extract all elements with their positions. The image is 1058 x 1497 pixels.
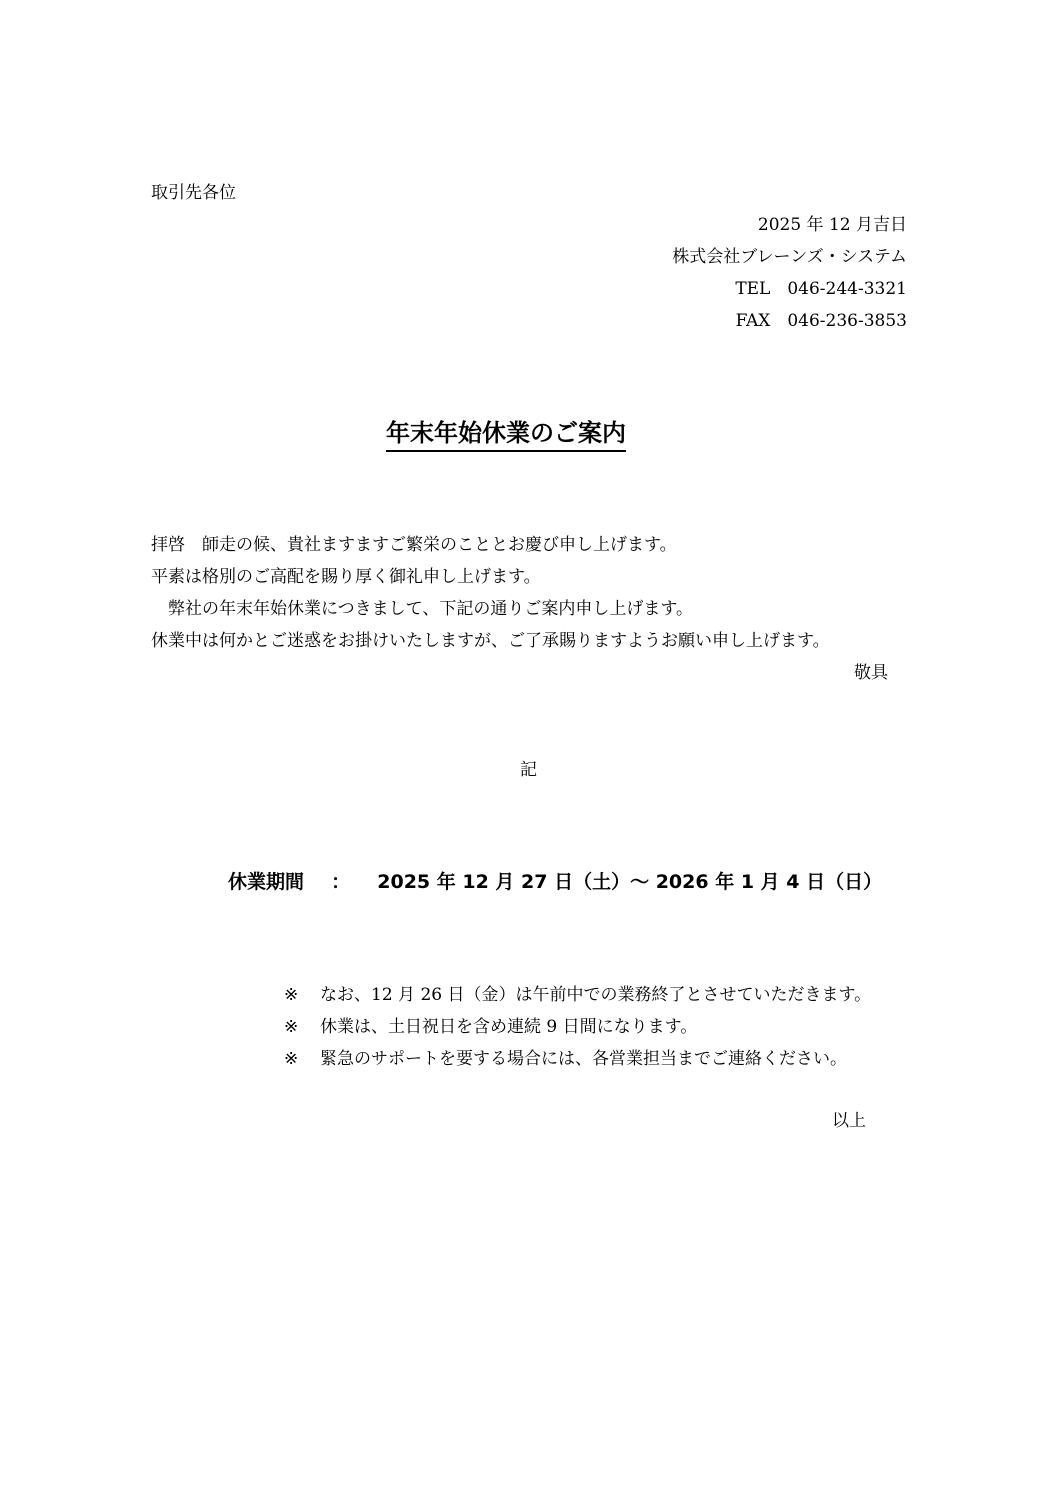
note-mark: ※: [284, 1017, 320, 1037]
body-line-1: 拝啓 師走の候、貴社ますますご繁栄のこととお慶び申し上げます。: [151, 535, 677, 555]
note-mark: ※: [284, 1049, 320, 1069]
company-name: 株式会社ブレーンズ・システム: [672, 247, 907, 267]
tel-number: TEL 046-244-3321: [735, 279, 907, 299]
note-2: ※休業は、土日祝日を含め連続 9 日間になります。: [284, 1017, 697, 1037]
document-title: 年末年始休業のご案内: [386, 418, 626, 452]
period-separator: ：: [311, 870, 371, 894]
body-line-4: 休業中は何かとご迷惑をお掛けいたしますが、ご了承賜りますようお願い申し上げます。: [151, 631, 830, 651]
addressee: 取引先各位: [151, 183, 236, 203]
note-text: なお、12 月 26 日（金）は午前中での業務終了とさせていただきます。: [320, 985, 871, 1005]
note-text: 休業は、土日祝日を含め連続 9 日間になります。: [320, 1017, 697, 1037]
ki-marker: 記: [520, 760, 537, 780]
closing-keigu: 敬具: [854, 663, 888, 683]
note-mark: ※: [284, 985, 320, 1005]
fax-number: FAX 046-236-3853: [736, 311, 907, 331]
date: 2025 年 12 月吉日: [758, 215, 907, 235]
note-1: ※なお、12 月 26 日（金）は午前中での業務終了とさせていただきます。: [284, 985, 871, 1005]
body-line-2: 平素は格別のご高配を賜り厚く御礼申し上げます。: [151, 567, 541, 587]
body-line-3: 弊社の年末年始休業につきまして、下記の通りご案内申し上げます。: [151, 599, 693, 619]
period-label: 休業期間: [228, 871, 304, 893]
closure-period: 休業期間 ： 2025 年 12 月 27 日（土）～ 2026 年 1 月 4…: [228, 870, 882, 894]
end-ijou: 以上: [832, 1111, 866, 1131]
note-3: ※緊急のサポートを要する場合には、各営業担当までご連絡ください。: [284, 1049, 847, 1069]
note-text: 緊急のサポートを要する場合には、各営業担当までご連絡ください。: [320, 1049, 847, 1069]
period-value: 2025 年 12 月 27 日（土）～ 2026 年 1 月 4 日（日）: [377, 871, 882, 893]
